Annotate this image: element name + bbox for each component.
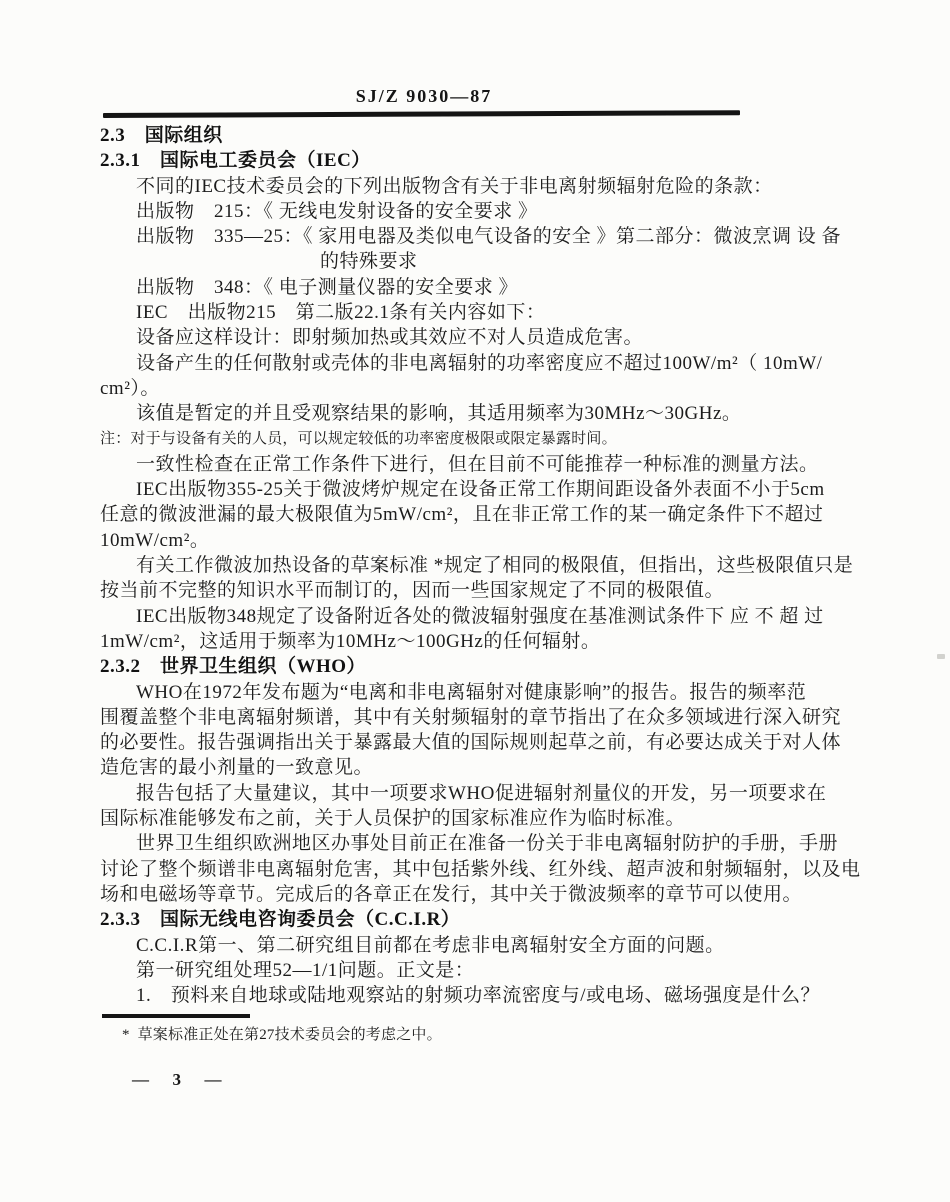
doc-line: 任意的微波泄漏的最大极限值为5mW/cm²，且在非正常工作的某一确定条件下不超过	[100, 502, 848, 527]
doc-line: 按当前不完整的知识水平而制订的，因而一些国家规定了不同的极限值。	[100, 578, 848, 603]
doc-line: 一致性检查在正常工作条件下进行，但在目前不可能推荐一种标准的测量方法。	[100, 452, 848, 477]
section-heading: 2.3.2 世界卫生组织（WHO）	[100, 654, 848, 679]
doc-line: 10mW/cm²。	[100, 528, 848, 553]
doc-line: 出版物 335—25：《 家用电器及类似电气设备的安全 》第二部分：微波烹调 设…	[100, 224, 848, 249]
doc-line: 造危害的最小剂量的一致意见。	[100, 755, 848, 780]
doc-line: 1mW/cm²，这适用于频率为10MHz～100GHz的任何辐射。	[100, 629, 848, 654]
doc-line: cm²）。	[100, 376, 848, 401]
doc-line: 1. 预料来自地球或陆地观察站的射频功率流密度与/或电场、磁场强度是什么？	[100, 983, 848, 1008]
doc-line: 该值是暂定的并且受观察结果的影响，其适用频率为30MHz～30GHz。	[100, 401, 848, 426]
doc-line: IEC出版物348规定了设备附近各处的微波辐射强度在基准测试条件下 应 不 超 …	[100, 604, 848, 629]
doc-line: 围覆盖整个非电离辐射频谱，其中有关射频辐射的章节指出了在众多领域进行深入研究	[100, 705, 848, 730]
note-line: 注：对于与设备有关的人员，可以规定较低的功率密度极限或限定暴露时间。	[100, 427, 848, 452]
doc-line: 有关工作微波加热设备的草案标准 *规定了相同的极限值，但指出，这些极限值只是	[100, 553, 848, 578]
doc-line: 设备产生的任何散射或壳体的非电离辐射的功率密度应不超过100W/m²（ 10mW…	[100, 351, 848, 376]
section-heading: 2.3.3 国际无线电咨询委员会（C.C.I.R）	[100, 907, 848, 932]
doc-line: 国际标准能够发布之前，关于人员保护的国家标准应作为临时标准。	[100, 806, 848, 831]
section-heading: 2.3.1 国际电工委员会（IEC）	[100, 148, 848, 173]
doc-line: 报告包括了大量建议，其中一项要求WHO促进辐射剂量仪的开发，另一项要求在	[100, 781, 848, 806]
doc-line: 出版物 348：《 电子测量仪器的安全要求 》	[100, 275, 848, 300]
doc-line: WHO在1972年发布题为“电离和非电离辐射对健康影响”的报告。报告的频率范	[100, 680, 848, 705]
header-rule	[103, 110, 740, 118]
doc-line: 出版物 215：《 无线电发射设备的安全要求 》	[100, 199, 848, 224]
section-heading: 2.3 国际组织	[100, 123, 848, 148]
doc-line: 不同的IEC技术委员会的下列出版物含有关于非电离射频辐射危险的条款：	[100, 174, 848, 199]
document-body: 2.3 国际组织 2.3.1 国际电工委员会（IEC） 不同的IEC技术委员会的…	[100, 123, 848, 1090]
doc-line: 设备应这样设计：即射频加热或其效应不对人员造成危害。	[100, 325, 848, 350]
doc-line: 的特殊要求	[100, 249, 848, 274]
doc-line: 讨论了整个频谱非电离辐射危害，其中包括紫外线、红外线、超声波和射频辐射，以及电	[100, 857, 848, 882]
doc-line: 世界卫生组织欧洲地区办事处目前正在准备一份关于非电离辐射防护的手册，手册	[100, 831, 848, 856]
standard-number-header: SJ/Z 9030—87	[100, 86, 748, 107]
doc-line: C.C.I.R第一、第二研究组目前都在考虑非电离辐射安全方面的问题。	[100, 933, 848, 958]
footnote: * 草案标准正处在第27技术委员会的考虑之中。	[100, 1024, 848, 1046]
doc-line: IEC出版物355-25关于微波烤炉规定在设备正常工作期间距设备外表面不小于5c…	[100, 477, 848, 502]
scanned-document-page: SJ/Z 9030—87 2.3 国际组织 2.3.1 国际电工委员会（IEC）…	[0, 0, 950, 1202]
doc-line: 场和电磁场等章节。完成后的各章正在发行，其中关于微波频率的章节可以使用。	[100, 882, 848, 907]
doc-line: IEC 出版物215 第二版22.1条有关内容如下：	[100, 300, 848, 325]
footnote-rule	[102, 1014, 250, 1018]
doc-line: 的必要性。报告强调指出关于暴露最大值的国际规则起草之前，有必要达成关于对人体	[100, 730, 848, 755]
scan-artifact	[937, 654, 945, 659]
page-number: — 3 —	[100, 1070, 848, 1090]
doc-line: 第一研究组处理52—1/1问题。正文是：	[100, 958, 848, 983]
